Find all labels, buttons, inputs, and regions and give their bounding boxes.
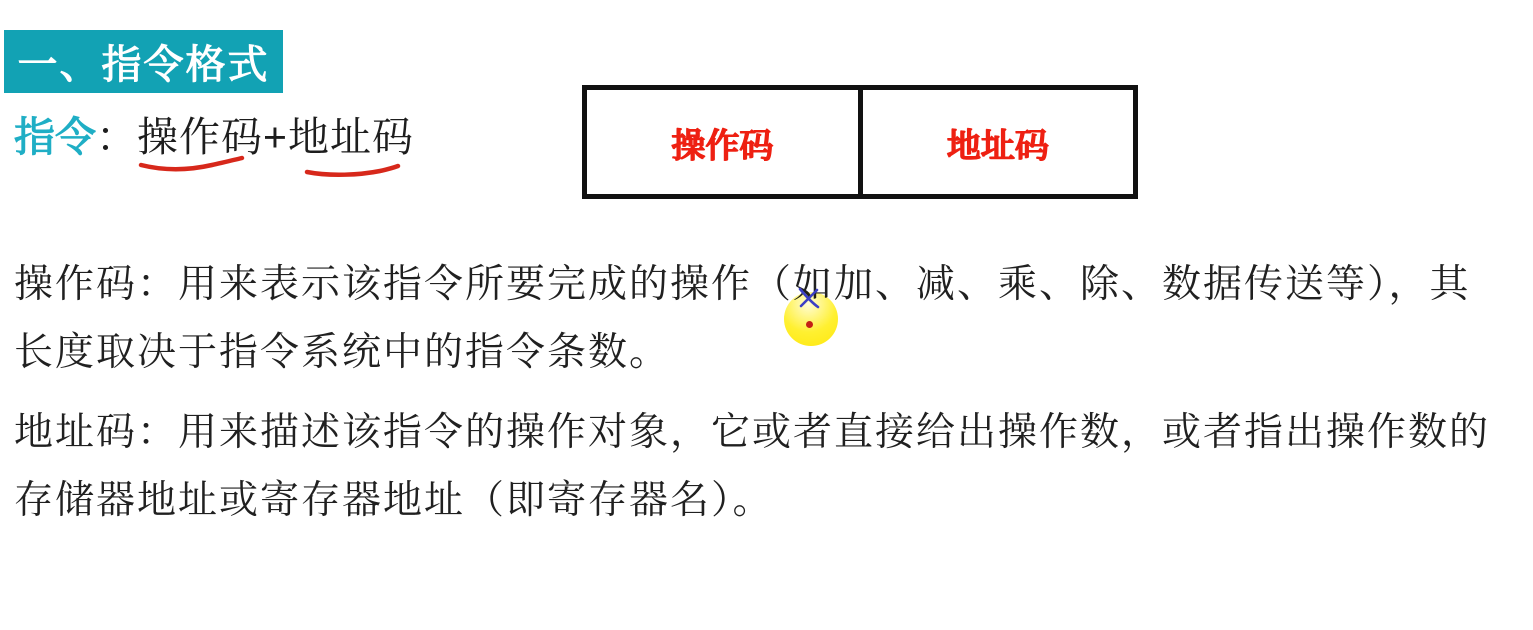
diagram-opcode-label: 操作码 xyxy=(671,118,773,167)
formula-keyword: 指令 xyxy=(14,114,96,160)
body-line-4: 存储器地址或寄存器地址（即寄存器名）。 xyxy=(14,478,774,524)
instruction-format-diagram: 操作码 地址码 xyxy=(582,85,1138,199)
body-line-3: 地址码：用来描述该指令的操作对象，它或者直接给出操作数，或者指出操作数的 xyxy=(14,410,1490,456)
red-underline-annotations xyxy=(130,150,420,195)
underline-opcode xyxy=(141,158,242,169)
body-line-1: 操作码：用来表示该指令所要完成的操作（如加、减、乘、除、数据传送等），其 xyxy=(14,262,1471,308)
pen-x-mark-icon xyxy=(797,287,821,309)
section-title: 一、指令格式 xyxy=(18,33,270,90)
section-title-banner: 一、指令格式 xyxy=(4,30,283,93)
diagram-opcode-cell: 操作码 xyxy=(587,90,863,194)
body-line-2: 长度取决于指令系统中的指令条数。 xyxy=(14,330,670,376)
underline-addresscode xyxy=(307,166,398,175)
diagram-addresscode-cell: 地址码 xyxy=(863,90,1134,194)
slide: 一、指令格式 指令：操作码+地址码 操作码 地址码 操作码：用来表示该指令所要完… xyxy=(0,0,1533,630)
laser-pointer-core-dot xyxy=(806,321,813,328)
diagram-addresscode-label: 地址码 xyxy=(947,118,1049,167)
